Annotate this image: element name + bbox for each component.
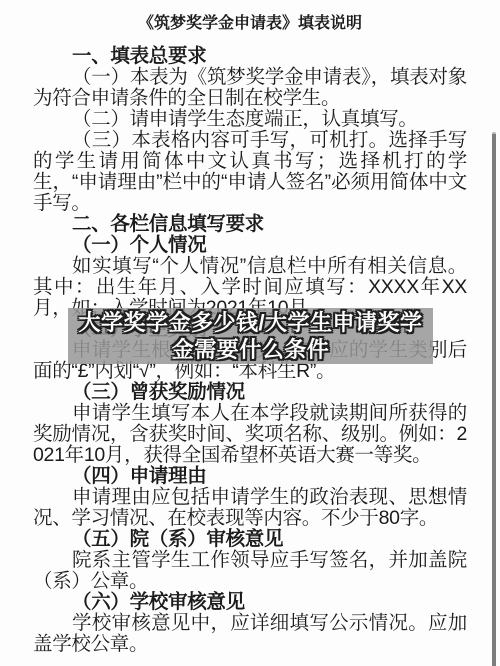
section-heading: 一、填表总要求	[33, 46, 467, 67]
document-title: 《筑梦奖学金申请表》填表说明	[33, 0, 467, 34]
paragraph: （三）本表格内容可手写，可机打。选择手写的学生请用简体中文认真书写；选择机打的学…	[33, 130, 467, 214]
section-heading: 二、各栏信息填写要求	[33, 214, 467, 235]
subsection-heading: （一）个人情况	[33, 235, 467, 256]
watermark-text: 大学奖学金多少钱/大学生申请奖学金需要什么条件	[72, 309, 429, 363]
scrollbar-thumb[interactable]	[492, 132, 496, 666]
watermark-overlay: 大学奖学金多少钱/大学生申请奖学金需要什么条件	[68, 308, 433, 364]
paragraph: （一）本表为《筑梦奖学金申请表》，填表对象为符合申请条件的全日制在校学生。	[33, 67, 467, 109]
subsection-heading: （四）申请理由	[33, 466, 467, 487]
paragraph: 院系主管学生工作领导应手写签名，并加盖院（系）公章。	[33, 550, 467, 592]
subsection-heading: （三）曾获奖励情况	[33, 382, 467, 403]
paragraph: 申请理由应包括申请学生的政治表现、思想情况、学习情况、在校表现等内容。不少于80…	[33, 487, 467, 529]
paragraph: （二）请申请学生态度端正，认真填写。	[33, 109, 467, 130]
paragraph: 学校审核意见中，应详细填写公示情况。应加盖学校公章。	[33, 613, 467, 655]
document-page: 《筑梦奖学金申请表》填表说明 一、填表总要求 （一）本表为《筑梦奖学金申请表》，…	[0, 0, 500, 666]
paragraph: 申请学生填写本人在本学段就读期间所获得的奖励情况，含获奖时间、奖项名称、级别。例…	[33, 403, 467, 466]
subsection-heading: （五）院（系）审核意见	[33, 529, 467, 550]
subsection-heading: （六）学校审核意见	[33, 592, 467, 613]
